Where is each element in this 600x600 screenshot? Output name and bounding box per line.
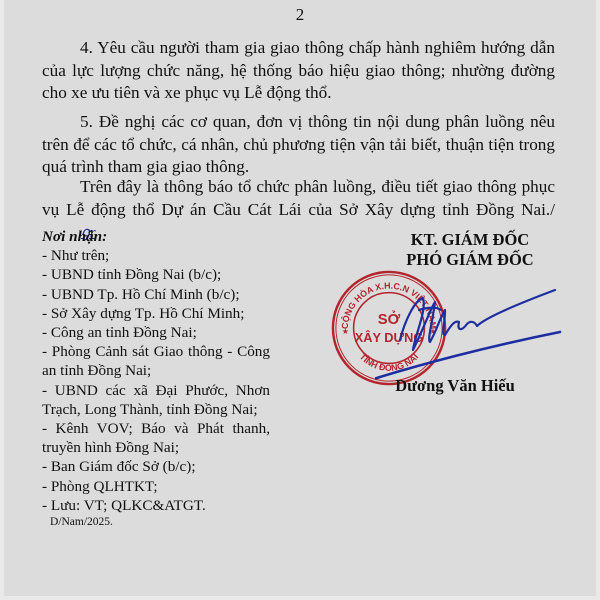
paragraph-5: 5. Đề nghị các cơ quan, đơn vị thông tin… (42, 111, 555, 179)
signer-title: KT. GIÁM ĐỐC PHÓ GIÁM ĐỐC (360, 230, 580, 270)
recipients-heading: Nơi nhận: (42, 227, 270, 246)
page-number: 2 (0, 5, 600, 25)
signer-title-line2: PHÓ GIÁM ĐỐC (360, 250, 580, 270)
svg-text:★: ★ (342, 327, 349, 336)
recipients-block: Nơi nhận: - Như trên; - UBND tỉnh Đồng N… (42, 227, 270, 530)
recipient-item: - Phòng QLHTKT; (42, 477, 270, 496)
recipient-item: - UBND tỉnh Đồng Nai (b/c); (42, 265, 270, 284)
recipient-item: - Kênh VOV; Báo và Phát thanh, truyền hì… (42, 419, 270, 457)
recipient-item: - Công an tỉnh Đồng Nai; (42, 323, 270, 342)
signer-name: Dương Văn Hiếu (380, 376, 530, 396)
recipient-item: - Lưu: VT; QLKC&ATGT. (42, 496, 270, 515)
document-reference: D/Nam/2025. (50, 515, 270, 530)
closing-text: Trên đây là thông báo tổ chức phân luồng… (42, 177, 555, 219)
recipient-item: - Phòng Cảnh sát Giao thông - Công an tỉ… (42, 342, 270, 380)
recipient-item: - UBND Tp. Hồ Chí Minh (b/c); (42, 285, 270, 304)
signer-title-line1: KT. GIÁM ĐỐC (360, 230, 580, 250)
recipient-item: - Sở Xây dựng Tp. Hồ Chí Minh; (42, 304, 270, 323)
paragraph-4: 4. Yêu cầu người tham gia giao thông chấ… (42, 37, 555, 105)
handwritten-signature-icon (375, 280, 575, 390)
recipient-item: - Ban Giám đốc Sở (b/c); (42, 457, 270, 476)
recipient-item: - Như trên; (42, 246, 270, 265)
recipient-item: - UBND các xã Đại Phước, Nhơn Trạch, Lon… (42, 381, 270, 419)
